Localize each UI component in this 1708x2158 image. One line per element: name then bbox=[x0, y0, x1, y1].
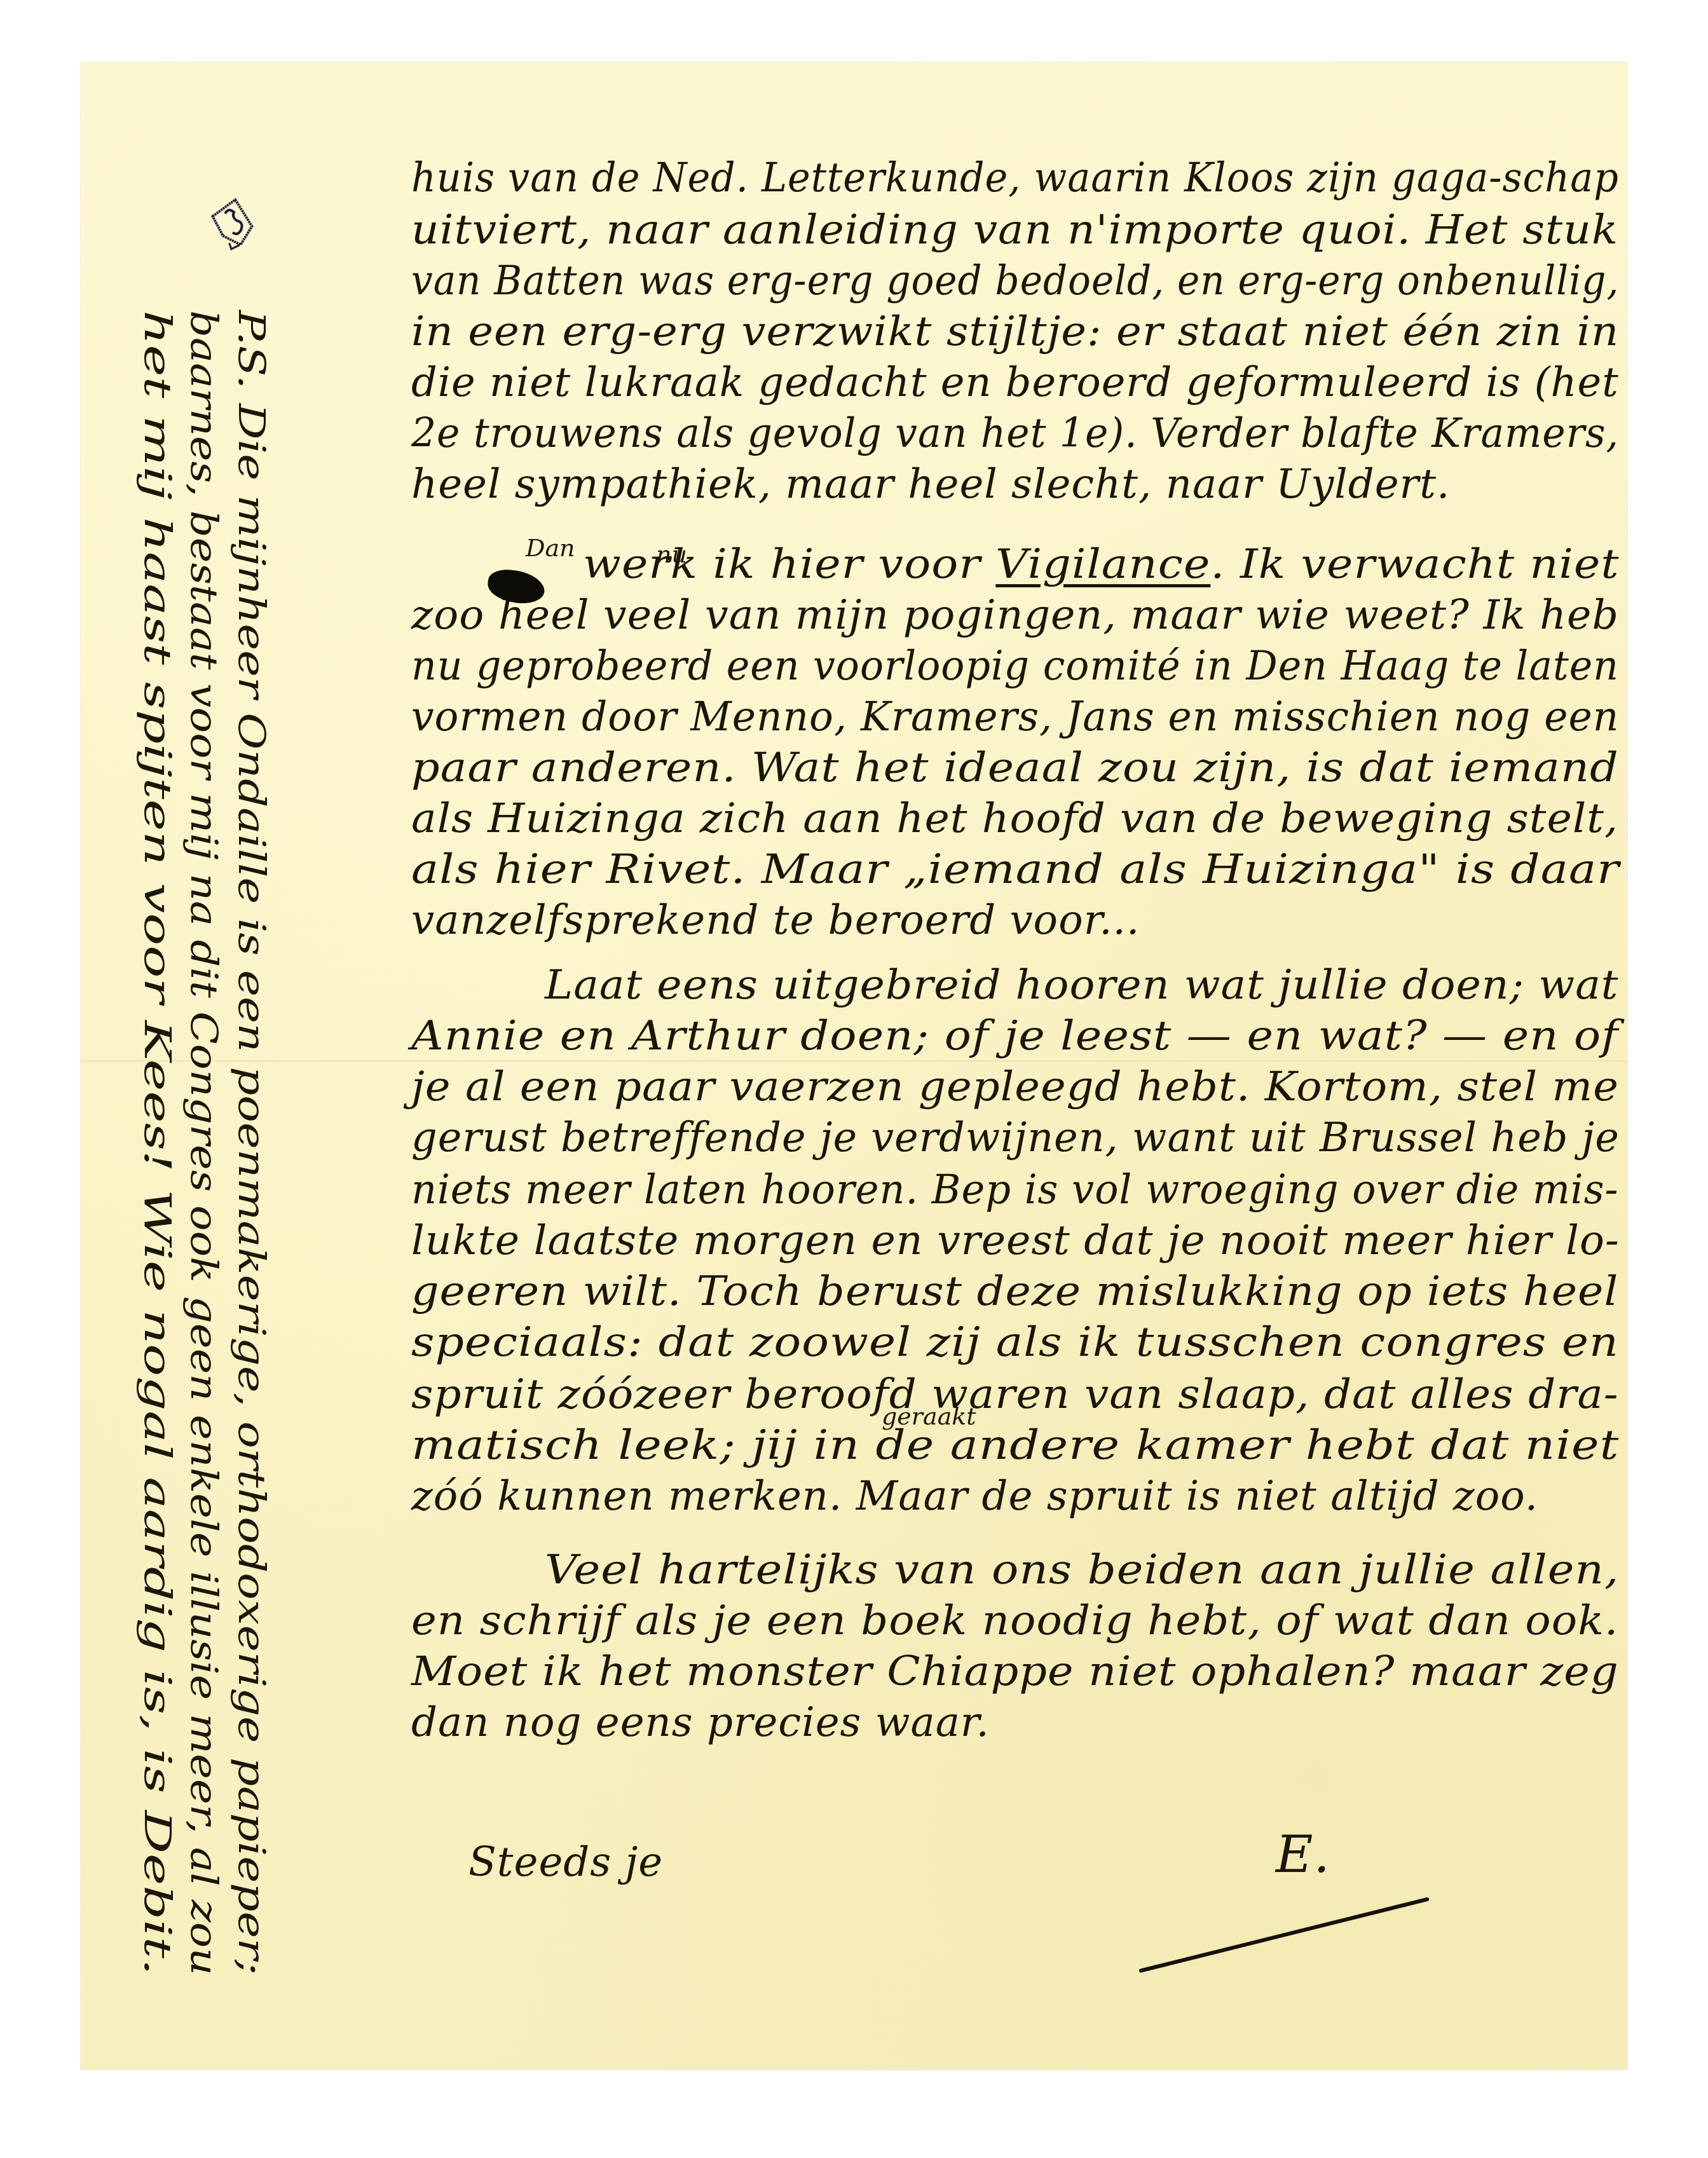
letter-line: lukte laatste morgen en vreest dat je no… bbox=[411, 1220, 1620, 1261]
letter-line: uitviert, naar aanleiding van n'importe … bbox=[411, 210, 1618, 250]
insertion-dan: Dan bbox=[526, 534, 575, 562]
letter-line: geeren wilt. Toch berust deze mislukking… bbox=[411, 1271, 1618, 1312]
closing-text: Steeds je bbox=[468, 1842, 663, 1883]
letter-line: speciaals: dat zoowel zij als ik tussche… bbox=[411, 1322, 1619, 1363]
letter-line: vanzelfsprekend te beroerd voor... bbox=[411, 900, 1140, 941]
letter-line: matisch leek; jij in de andere kamer heb… bbox=[411, 1425, 1619, 1466]
letter-line: werk ik hier voor Vigilance. Ik verwacht… bbox=[583, 544, 1620, 585]
letter-line: die niet lukraak gedacht en beroerd gefo… bbox=[411, 362, 1619, 403]
letter-line: Moet ik het monster Chiappe niet ophalen… bbox=[411, 1651, 1619, 1692]
signature: E. bbox=[1276, 1829, 1330, 1880]
letter-line: paar anderen. Wat het ideaal zou zijn, i… bbox=[411, 748, 1619, 788]
letter-line: in een erg-erg verzwikt stijltje: er sta… bbox=[411, 311, 1619, 352]
underlined-word-vigilance: Vigilance bbox=[995, 541, 1210, 588]
letter-line: Annie en Arthur doen; of je leest — en w… bbox=[411, 1016, 1618, 1056]
postscript-line: het mij haast spijten voor Kees! Wie nog… bbox=[139, 310, 176, 1976]
insertion-geraakt: geraakt bbox=[882, 1402, 976, 1430]
letter-line: 2e trouwens als gevolg van het 1e). Verd… bbox=[411, 413, 1619, 454]
letter-line: spruit zóózeer beroofd waren van slaap, … bbox=[411, 1374, 1619, 1415]
letter-line: niets meer laten hooren. Bep is vol wroe… bbox=[411, 1170, 1618, 1210]
letter-line: Laat eens uitgebreid hooren wat jullie d… bbox=[545, 965, 1619, 1006]
insertion-nu: nu bbox=[656, 540, 687, 568]
letter-line: je al een paar vaerzen gepleegd hebt. Ko… bbox=[411, 1067, 1619, 1107]
signature-underline bbox=[1138, 1897, 1429, 1973]
letter-line: dan nog eens precies waar. bbox=[411, 1702, 990, 1743]
letter-line: als Huizinga zich aan het hoofd van de b… bbox=[411, 798, 1618, 839]
letter-line: en schrijf als je een boek noodig hebt, … bbox=[411, 1601, 1618, 1641]
paper-fold-crease bbox=[81, 1060, 1627, 1062]
letter-line: heel sympathiek, maar heel slecht, naar … bbox=[411, 464, 1450, 505]
letter-line: huis van de Ned. Letterkunde, waarin Klo… bbox=[411, 158, 1619, 198]
postscript-line: baarnes, bestaat voor mij na dit Congres… bbox=[186, 310, 222, 1976]
archive-stamp-icon bbox=[204, 193, 262, 256]
letter-line: nu geprobeerd een voorloopig comité in D… bbox=[411, 646, 1619, 686]
letter-line: gerust betreffende je verdwijnen, want u… bbox=[411, 1117, 1620, 1158]
letter-line: als hier Rivet. Maar „iemand als Huizing… bbox=[411, 849, 1620, 890]
letter-line: vormen door Menno, Kramers, Jans en miss… bbox=[411, 697, 1619, 737]
letter-line: zoo heel veel van mijn pogingen, maar wi… bbox=[411, 595, 1619, 636]
letter-line: Veel hartelijks van ons beiden aan julli… bbox=[545, 1550, 1620, 1590]
letter-paper: huis van de Ned. Letterkunde, waarin Klo… bbox=[81, 62, 1627, 2070]
postscript-line: P.S. Die mijnheer Ondaille is een poenma… bbox=[233, 310, 270, 1975]
letter-line: van Batten was erg-erg goed bedoeld, en … bbox=[411, 261, 1619, 301]
letter-line: zóó kunnen merken. Maar de spruit is nie… bbox=[411, 1476, 1538, 1517]
